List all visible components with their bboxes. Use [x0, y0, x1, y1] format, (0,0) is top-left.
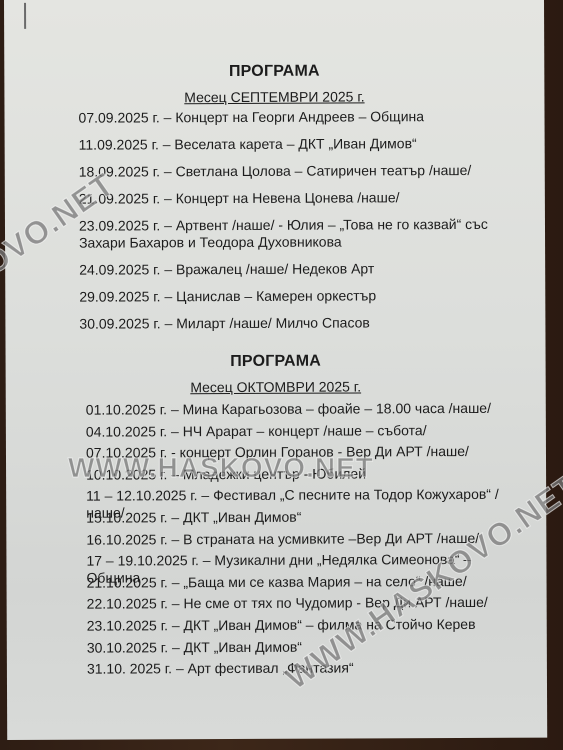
program-entry: 23.10.2025 г. – ДКТ „Иван Димов“ – филма… — [7, 616, 547, 640]
program-entry: 07.09.2025 г. – Концерт на Георги Андрее… — [4, 108, 544, 137]
program-entry: 10.10.2025 г. – Младежки център - Юбилей — [6, 464, 546, 488]
october-entries: 01.10.2025 г. – Мина Карагьозова – фоайе… — [6, 400, 547, 683]
program-entry: 17 – 19.10.2025 г. – Музикални дни „Недя… — [6, 551, 546, 575]
program-entry: 11 – 12.10.2025 г. – Фестивал „С песните… — [6, 486, 546, 510]
program-entry: 24.09.2025 г. – Вражалец /наше/ Недеков … — [5, 260, 545, 289]
program-entry: 23.09.2025 г. – Артвент /наше/ - Юлия – … — [5, 216, 545, 262]
october-program: ПРОГРАМА Месец ОКТОМВРИ 2025 г. 01.10.20… — [6, 352, 547, 683]
program-entry: 18.09.2025 г. – Светлана Цолова – Сатири… — [5, 162, 545, 191]
program-entry: 01.10.2025 г. – Мина Карагьозова – фоайе… — [6, 400, 546, 424]
program-entry: 29.09.2025 г. – Цанислав – Камерен оркес… — [5, 287, 545, 316]
program-entry: 31.10. 2025 г. – Арт фестивал „Фантазия“ — [7, 659, 547, 683]
september-program: ПРОГРАМА Месец СЕПТЕМВРИ 2025 г. 07.09.2… — [4, 62, 545, 343]
program-entry: 07.10.2025 г. - концерт Орлин Горанов - … — [6, 443, 546, 467]
program-entry: 22.10.2025 г. – Не сме от тях по Чудомир… — [7, 594, 547, 618]
september-title: ПРОГРАМА — [4, 62, 544, 82]
october-month-heading: Месец ОКТОМВРИ 2025 г. — [6, 378, 546, 396]
september-month-heading: Месец СЕПТЕМВРИ 2025 г. — [4, 88, 544, 106]
program-entry: 21.10.2025 г. – „Баща ми се казва Мария … — [7, 572, 547, 596]
program-entry: 04.10.2025 г. – НЧ Арарат – концерт /наш… — [6, 421, 546, 445]
program-entry: 16.10.2025 г. – В страната на усмивките … — [6, 529, 546, 553]
program-entry: 15.10.2025 г. – ДКТ „Иван Димов“ — [6, 508, 546, 532]
program-entry: 11.09.2025 г. – Веселата карета – ДКТ „И… — [5, 135, 545, 164]
program-entry: 30.10.2025 г. – ДКТ „Иван Димов“ — [7, 637, 547, 661]
program-entry: 21.09.2025 г. – Концерт на Невена Цонева… — [5, 189, 545, 218]
program-entry: 30.09.2025 г. – Миларт /наше/ Милчо Спас… — [5, 314, 545, 343]
october-title: ПРОГРАМА — [6, 352, 546, 372]
paper-sheet: ПРОГРАМА Месец СЕПТЕМВРИ 2025 г. 07.09.2… — [4, 0, 547, 740]
september-entries: 07.09.2025 г. – Концерт на Георги Андрее… — [4, 108, 545, 343]
binder-mark — [24, 3, 26, 29]
